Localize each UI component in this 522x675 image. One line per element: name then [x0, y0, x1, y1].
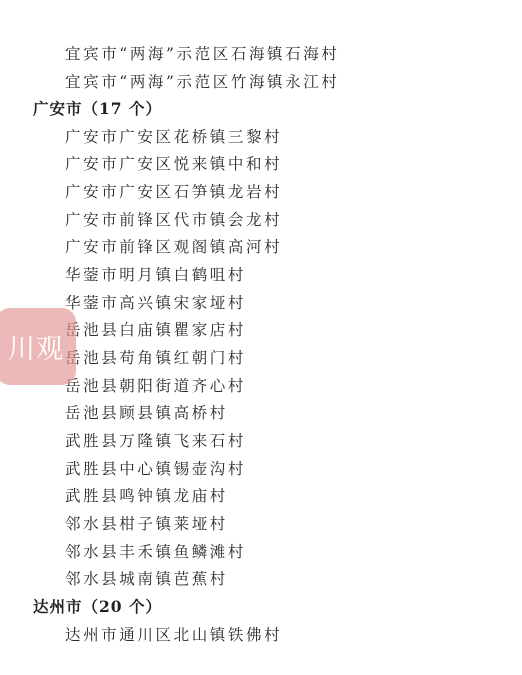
list-item: 岳池县朝阳街道齐心村	[65, 376, 246, 396]
list-item: 岳池县顾县镇高桥村	[65, 403, 228, 423]
list-item: 广安市广安区花桥镇三黎村	[65, 127, 282, 147]
list-item: 邻水县城南镇芭蕉村	[65, 569, 228, 589]
list-item: 广安市前锋区观阁镇高河村	[65, 237, 282, 257]
list-item: 宜宾市“两海”示范区石海镇石海村	[65, 44, 339, 64]
chuanguan-watermark-logo: 川观	[0, 308, 76, 385]
list-item: 华蓥市明月镇白鹤咀村	[65, 265, 246, 285]
list-item: 宜宾市“两海”示范区竹海镇永江村	[65, 72, 339, 92]
list-item: 广安市前锋区代市镇会龙村	[65, 210, 282, 230]
document-page: 宜宾市“两海”示范区石海镇石海村 宜宾市“两海”示范区竹海镇永江村 广安市（17…	[0, 0, 522, 675]
list-item: 武胜县万隆镇飞来石村	[65, 431, 246, 451]
list-item: 邻水县柑子镇莱垭村	[65, 514, 228, 534]
list-item: 岳池县苟角镇红朝门村	[65, 348, 246, 368]
section-header-dazhou: 达州市（20 个）	[33, 597, 162, 617]
list-item: 岳池县白庙镇瞿家店村	[65, 320, 246, 340]
list-item: 邻水县丰禾镇鱼鳞滩村	[65, 542, 246, 562]
list-item: 华蓥市高兴镇宋家垭村	[65, 293, 246, 313]
list-item: 达州市通川区北山镇铁佛村	[65, 625, 282, 645]
section-header-guangan: 广安市（17 个）	[33, 99, 162, 119]
list-item: 广安市广安区石笋镇龙岩村	[65, 182, 282, 202]
list-item: 武胜县鸣钟镇龙庙村	[65, 486, 228, 506]
list-item: 武胜县中心镇锡壶沟村	[65, 459, 246, 479]
list-item: 广安市广安区悦来镇中和村	[65, 154, 282, 174]
